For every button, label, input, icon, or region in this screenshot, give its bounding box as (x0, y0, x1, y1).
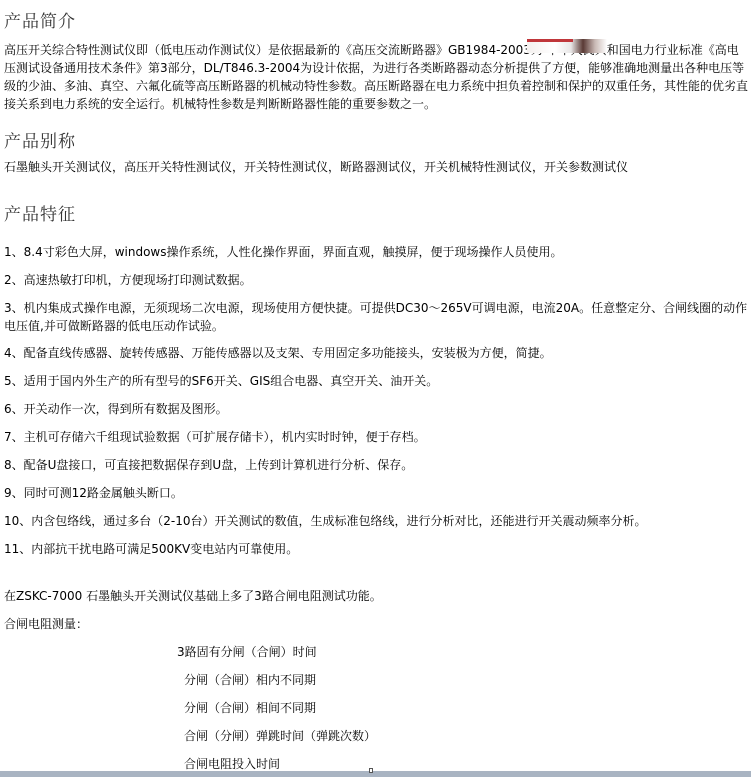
section-title-intro: 产品简介 (4, 7, 76, 32)
feature-item-11: 11、内部抗干扰电路可满足500KV变电站内可靠使用。 (4, 540, 748, 558)
extra-note: 在ZSKC-7000 石墨触头开关测试仪基础上多了3路合闸电阻测试功能。 (4, 588, 382, 604)
measure-item-1: 3路固有分闸（合闸）时间 (177, 644, 317, 660)
measure-item-3: 分闸（合闸）相间不同期 (184, 700, 316, 716)
feature-item-10: 10、内含包络线，通过多台（2-10台）开关测试的数值，生成标准包络线，进行分析… (4, 512, 748, 530)
feature-item-7: 7、主机可存储六千组现试验数据（可扩展存储卡），机内实时时钟，便于存档。 (4, 428, 748, 446)
feature-item-2: 2、高速热敏打印机，方便现场打印测试数据。 (4, 271, 748, 289)
measure-item-2: 分闸（合闸）相内不同期 (184, 672, 316, 688)
section-title-features: 产品特征 (4, 200, 76, 225)
feature-item-9: 9、同时可测12路金属触头断口。 (4, 484, 748, 502)
feature-item-1: 1、8.4寸彩色大屏，windows操作系统，人性化操作界面，界面直观，触摸屏，… (4, 243, 748, 261)
measure-item-5: 合闸电阻投入时间 (184, 756, 280, 771)
feature-item-8: 8、配备U盘接口，可直接把数据保存到U盘，上传到计算机进行分析、保存。 (4, 456, 748, 474)
feature-item-5: 5、适用于国内外生产的所有型号的SF6开关、GIS组合电器、真空开关、油开关。 (4, 372, 748, 390)
aliases-text: 石墨触头开关测试仪，高压开关特性测试仪，开关特性测试仪，断路器测试仪，开关机械特… (4, 159, 628, 175)
measure-label: 合闸电阻测量： (4, 616, 88, 632)
product-page: 产品简介 高压开关综合特性测试仪即（低电压动作测试仪）是依据最新的《高压交流断路… (0, 0, 751, 771)
feature-item-6: 6、开关动作一次，得到所有数据及图形。 (4, 400, 748, 418)
horizontal-scrollbar[interactable] (0, 771, 751, 777)
scrollbar-handle[interactable] (369, 768, 373, 773)
measure-item-4: 合闸（分闸）弹跳时间（弹跳次数） (184, 728, 376, 744)
section-title-aliases: 产品别称 (4, 127, 76, 152)
feature-item-3: 3、机内集成式操作电源，无须现场二次电源，现场使用方便快捷。可提供DC30～26… (4, 299, 748, 335)
intro-paragraph: 高压开关综合特性测试仪即（低电压动作测试仪）是依据最新的《高压交流断路器》GB1… (4, 41, 748, 113)
feature-item-4: 4、配备直线传感器、旋转传感器、万能传感器以及支架、专用固定多功能接头，安装极为… (4, 344, 748, 362)
